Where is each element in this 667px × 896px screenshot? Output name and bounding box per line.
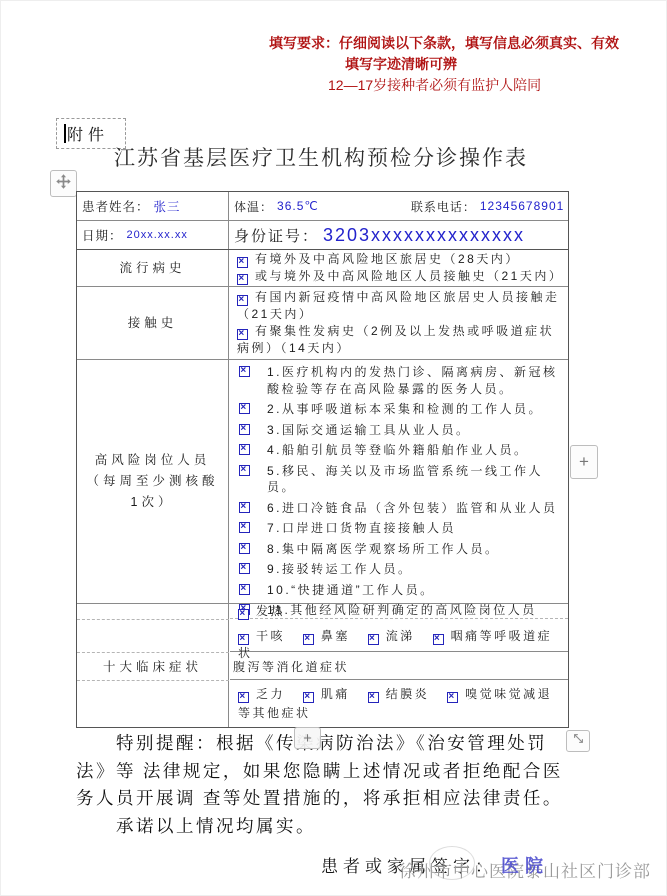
temperature-value: 36.5℃	[277, 199, 319, 213]
checkbox-checked-icon[interactable]	[239, 543, 250, 554]
add-button[interactable]: +	[570, 445, 598, 479]
clinic-watermark-accent: 医院	[501, 852, 549, 878]
checkbox-checked-icon[interactable]	[239, 502, 250, 513]
triage-form-table: 患者姓名： 张三 体温： 36.5℃ 联系电话： 12345678901 日期：…	[76, 191, 569, 728]
checkbox-checked-icon[interactable]	[239, 522, 250, 533]
patient-name-cell: 患者姓名： 张三	[77, 192, 229, 220]
checkbox-checked-icon[interactable]	[237, 295, 248, 306]
checklist-item: 或与境外及中高风险地区人员接触史（21天内）	[237, 268, 564, 285]
date-value: 20xx.xx.xx	[127, 229, 188, 241]
date-label: 日期：	[82, 226, 123, 244]
checklist-item: 有境外及中高风险地区旅居史（28天内）	[237, 251, 564, 268]
fill-requirements: 填写要求：仔细阅读以下条款，填写信息必须真实、有效 填写字迹清晰可辨 12—17…	[1, 33, 667, 96]
respiratory-symptom-row: 干咳 鼻塞 流涕 咽痛等呼吸道症状	[230, 619, 568, 652]
checkbox-checked-icon[interactable]	[239, 444, 250, 455]
checkbox-checked-icon[interactable]	[447, 692, 458, 703]
contact-history-row: 接触史 有国内新冠疫情中高风险地区旅居史人员接触走（21天内） 有聚集性发病史（…	[77, 287, 568, 360]
checkbox-checked-icon[interactable]	[239, 584, 250, 595]
special-reminder: 特别提醒：根据《传染病防治法》《治安管理处罚 法》等 法律规定，如果您隐瞒上述情…	[76, 730, 586, 840]
reminder-line: 务人员开展调 查等处置措施的，将承拒相应法律责任。	[76, 785, 586, 813]
checkbox-checked-icon[interactable]	[237, 257, 248, 268]
checkbox-checked-icon[interactable]	[237, 329, 248, 340]
checkbox-checked-icon[interactable]	[238, 609, 249, 620]
date-cell: 日期： 20xx.xx.xx	[77, 221, 229, 249]
document-page: 填写要求：仔细阅读以下条款，填写信息必须真实、有效 填写字迹清晰可辨 12—17…	[0, 0, 667, 896]
checklist-item: 4.船舶引航员等登临外籍船舶作业人员。	[237, 442, 564, 459]
digestive-symptom-row: 腹泻等消化道症状	[230, 652, 568, 680]
checkbox-checked-icon[interactable]	[238, 692, 249, 703]
checklist-item: 8.集中隔离医学观察场所工作人员。	[237, 541, 564, 558]
divider	[77, 652, 229, 653]
epidemic-history-label: 流行病史	[77, 250, 229, 286]
checkbox-checked-icon[interactable]	[303, 634, 314, 645]
checklist-item: 2.从事呼吸道标本采集和检测的工作人员。	[237, 401, 564, 418]
plus-icon: +	[303, 730, 312, 747]
checkbox-checked-icon[interactable]	[368, 634, 379, 645]
checkbox-checked-icon[interactable]	[368, 692, 379, 703]
checkbox-checked-icon[interactable]	[433, 634, 444, 645]
move-icon	[55, 173, 72, 195]
checklist-item: 6.进口冷链食品（含外包装）监管和从业人员	[237, 500, 564, 517]
add-button-overlay[interactable]: +	[294, 727, 321, 749]
checklist-item: 有聚集性发病史（2例及以上发热或呼吸道症状病例）（14天内）	[237, 323, 564, 357]
checkbox-checked-icon[interactable]	[237, 274, 248, 285]
table-row: 日期： 20xx.xx.xx 身份证号： 3203xxxxxxxxxxxxxx	[77, 221, 568, 250]
contact-history-label: 接触史	[77, 287, 229, 359]
checklist-item: 7.口岸进口货物直接接触人员	[237, 520, 564, 537]
phone-value: 12345678901	[480, 199, 564, 213]
checkbox-checked-icon[interactable]	[239, 465, 250, 476]
fill-requirement-line: 12—17岁接种者必须有监护人陪同	[1, 75, 667, 96]
table-row: 患者姓名： 张三 体温： 36.5℃ 联系电话： 12345678901	[77, 192, 568, 221]
highrisk-positions-row: 高风险岗位人员（每周至少测核酸1次） 1.医疗机构内的发热门诊、隔离病房、新冠核…	[77, 360, 568, 604]
fill-requirement-line: 填写字迹清晰可辨	[1, 54, 667, 75]
highrisk-positions-content: 1.医疗机构内的发热门诊、隔离病房、新冠核酸检验等存在高风险暴露的医务人员。 2…	[229, 360, 568, 603]
epidemic-history-content: 有境外及中高风险地区旅居史（28天内） 或与境外及中高风险地区人员接触史（21天…	[229, 250, 568, 286]
move-handle-button[interactable]	[50, 170, 77, 197]
patient-name-value: 张三	[154, 197, 181, 215]
divider	[77, 680, 229, 681]
fill-requirement-line: 填写要求：仔细阅读以下条款，填写信息必须真实、有效	[1, 33, 667, 54]
clinical-symptoms-row: 十大临床症状 发热 干咳 鼻塞 流涕 咽痛等呼吸道症状 腹泻等消化道症状 乏力	[77, 604, 568, 727]
other-symptom-row: 乏力 肌痛 结膜炎 嗅觉味觉减退等其他症状	[230, 680, 568, 726]
checkbox-checked-icon[interactable]	[239, 563, 250, 574]
checklist-item: 5.移民、海关以及市场监管系统一线工作人员。	[237, 463, 564, 496]
checkbox-checked-icon[interactable]	[239, 424, 250, 435]
patient-name-label: 患者姓名：	[82, 197, 150, 215]
id-number-value: 3203xxxxxxxxxxxxxx	[323, 225, 525, 246]
reminder-line: 法》等 法律规定，如果您隐瞒上述情况或者拒绝配合医	[76, 758, 586, 786]
checkbox-checked-icon[interactable]	[239, 366, 250, 377]
reminder-line: 承诺以上情况均属实。	[76, 813, 586, 841]
checklist-item: 有国内新冠疫情中高风险地区旅居史人员接触走（21天内）	[237, 289, 564, 323]
temperature-label: 体温：	[234, 198, 273, 215]
epidemic-history-row: 流行病史 有境外及中高风险地区旅居史（28天内） 或与境外及中高风险地区人员接触…	[77, 250, 568, 287]
plus-icon: +	[579, 452, 589, 472]
id-number-label: 身份证号：	[234, 225, 319, 246]
divider	[77, 619, 229, 620]
checklist-item: 10.“快捷通道”工作人员。	[237, 582, 564, 599]
checklist-item: 3.国际交通运输工具从业人员。	[237, 422, 564, 439]
checkbox-checked-icon[interactable]	[238, 634, 249, 645]
checkbox-checked-icon[interactable]	[303, 692, 314, 703]
clinical-symptoms-label: 十大临床症状	[77, 604, 229, 727]
page-title: 江苏省基层医疗卫生机构预检分诊操作表	[41, 142, 601, 172]
resize-handle-button[interactable]	[566, 730, 590, 752]
phone-label: 联系电话：	[411, 198, 476, 215]
fever-symptom-row: 发热	[230, 604, 568, 619]
checkbox-checked-icon[interactable]	[239, 403, 250, 414]
contact-history-content: 有国内新冠疫情中高风险地区旅居史人员接触走（21天内） 有聚集性发病史（2例及以…	[229, 287, 568, 359]
checklist-item: 1.医疗机构内的发热门诊、隔离病房、新冠核酸检验等存在高风险暴露的医务人员。	[237, 364, 564, 397]
text-cursor	[64, 124, 66, 143]
highrisk-positions-label: 高风险岗位人员（每周至少测核酸1次）	[77, 360, 229, 603]
checklist-item: 9.接驳转运工作人员。	[237, 561, 564, 578]
temp-phone-cell: 体温： 36.5℃ 联系电话： 12345678901	[229, 192, 568, 220]
resize-diagonal-icon	[572, 732, 585, 750]
reminder-line: 特别提醒：根据《传染病防治法》《治安管理处罚	[76, 730, 586, 758]
clinical-symptoms-content: 发热 干咳 鼻塞 流涕 咽痛等呼吸道症状 腹泻等消化道症状 乏力 肌痛 结膜炎 …	[230, 604, 568, 726]
id-cell: 身份证号： 3203xxxxxxxxxxxxxx	[229, 221, 568, 249]
